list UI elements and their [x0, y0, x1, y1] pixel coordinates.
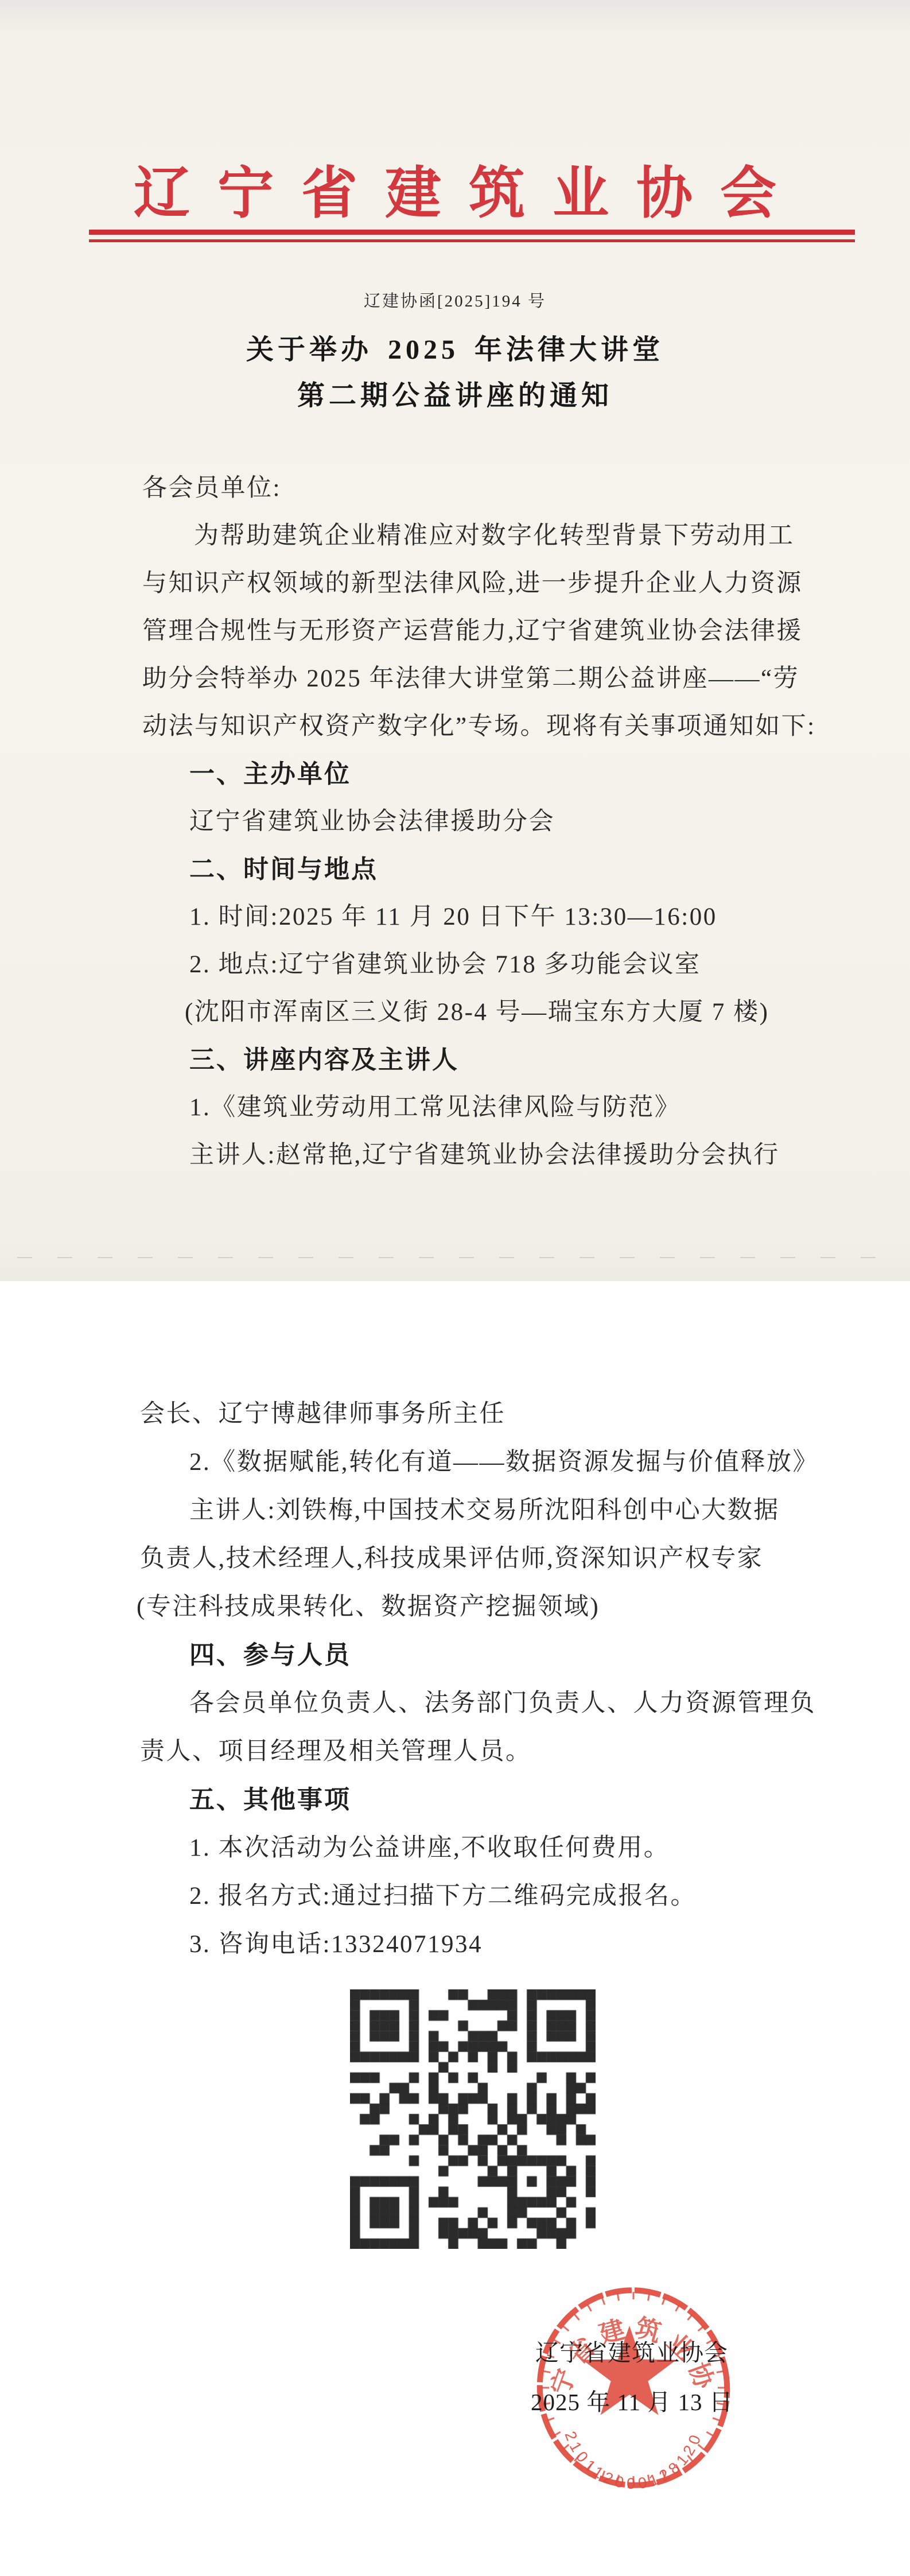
text-line: 2.《数据赋能,转化有道——数据资源发掘与价值释放》	[189, 1449, 819, 1476]
text-line: 主讲人:刘铁梅,中国技术交易所沈阳科创中心大数据	[189, 1498, 780, 1524]
text-line: 为帮助建筑企业精准应对数字化转型背景下劳动用工	[194, 523, 795, 549]
text-line: 1.《建筑业劳动用工常见法律风险与防范》	[189, 1095, 680, 1121]
section-heading: 二、时间与地点	[189, 856, 378, 883]
text-line: 管理合规性与无形资产运营能力,辽宁省建筑业协会法律援	[142, 618, 803, 645]
page-bottom-edge	[17, 1257, 889, 1258]
section-heading: 四、参与人员	[189, 1642, 351, 1669]
section-heading: 一、主办单位	[189, 761, 351, 787]
text-line: 主讲人:赵常艳,辽宁省建筑业协会法律援助分会执行	[189, 1142, 780, 1169]
text-line: 1. 时间:2025 年 11 月 20 日下午 13:30—16:00	[189, 904, 717, 930]
text-line: 助分会特举办 2025 年法律大讲堂第二期公益讲座——“劳	[142, 666, 799, 692]
text-line: 3. 咨询电话:13324071934	[189, 1931, 483, 1958]
text-line: 1. 本次活动为公益讲座,不收取任何费用。	[189, 1835, 670, 1861]
text-line: 动法与知识产权资产数字化”专场。现将有关事项通知如下:	[142, 713, 816, 740]
qr-code	[350, 1989, 596, 2249]
section-heading: 三、讲座内容及主讲人	[189, 1047, 459, 1073]
text-line: 辽宁省建筑业协会法律援助分会	[189, 809, 555, 835]
text-line: 负责人,技术经理人,科技成果评估师,资深知识产权专家	[140, 1546, 763, 1572]
text-line: 2. 地点:辽宁省建筑业协会 718 多功能会议室	[189, 952, 701, 978]
signature-org-name: 辽宁省建筑业协会	[531, 2334, 733, 2368]
text-line: 责人、项目经理及相关管理人员。	[140, 1739, 532, 1765]
document-title-line1: 关于举办 2025 年法律大讲堂	[0, 327, 910, 367]
text-line: 与知识产权领域的新型法律风险,进一步提升企业人力资源	[142, 571, 803, 597]
text-line: 2. 报名方式:通过扫描下方二维码完成报名。	[189, 1883, 697, 1910]
document-title-line2: 第二期公益讲座的通知	[0, 373, 910, 413]
scanned-document: 辽宁省建筑业协会 辽建协函[2025]194 号 关于举办 2025 年法律大讲…	[0, 0, 910, 2576]
seal-serial-number: 210112000128120	[561, 2429, 705, 2492]
section-heading: 五、其他事项	[189, 1787, 351, 1813]
signature-date: 2025 年 11 月 13 日	[531, 2383, 733, 2417]
text-line: (沈阳市浑南区三义街 28-4 号—瑞宝东方大厦 7 楼)	[185, 999, 769, 1026]
org-letterhead-title: 辽宁省建筑业协会	[0, 148, 910, 229]
red-rule-thick	[89, 230, 855, 235]
red-rule-thin	[89, 239, 855, 242]
text-line: 会长、辽宁博越律师事务所主任	[140, 1401, 505, 1427]
text-line: 各会员单位负责人、法务部门负责人、人力资源管理负	[189, 1690, 816, 1717]
text-line: (专注科技成果转化、数据资产挖掘领域)	[137, 1594, 600, 1620]
document-number: 辽建协函[2025]194 号	[0, 288, 910, 312]
text-line: 各会员单位:	[142, 475, 281, 502]
